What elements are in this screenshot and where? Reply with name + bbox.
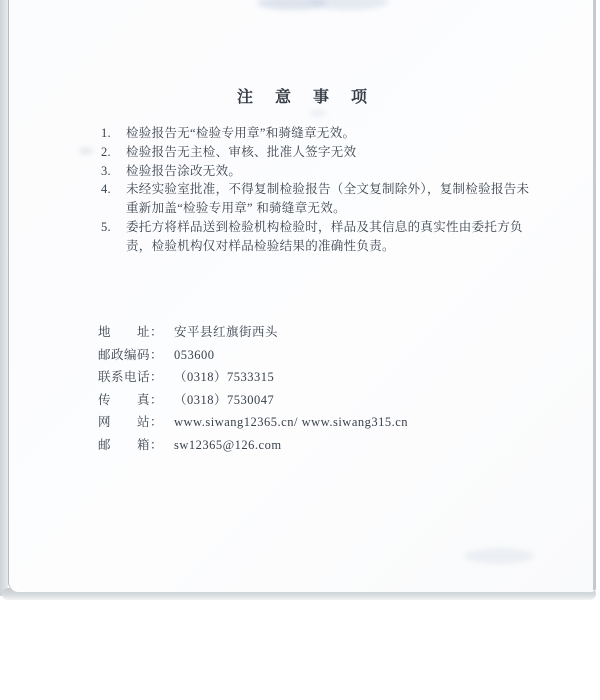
contact-row-address: 地 址： 安平县红旗街西头 [98, 321, 558, 344]
contact-label: 邮政编码： [98, 344, 174, 367]
list-item-text: 检验报告涂改无效。 [126, 162, 535, 181]
contact-label: 传 真： [98, 389, 174, 412]
scan-smudge [309, 110, 327, 116]
notes-list: 1. 检验报告无“检验专用章”和骑缝章无效。 2. 检验报告无主检、审核、批准人… [101, 124, 535, 256]
contact-value: （0318）7533315 [174, 366, 558, 389]
contact-value: www.siwang12365.cn/ www.siwang315.cn [174, 411, 558, 434]
contact-value: （0318）7530047 [174, 389, 558, 412]
contact-row-email: 邮 箱： sw12365@126.com [98, 434, 558, 457]
list-item-number: 4. [101, 180, 126, 218]
contact-value: 053600 [174, 344, 558, 367]
scan-smudge [79, 148, 93, 154]
scan-smudge [464, 548, 534, 564]
list-item: 2. 检验报告无主检、审核、批准人签字无效 [101, 143, 535, 162]
contact-row-fax: 传 真： （0318）7530047 [98, 389, 558, 412]
contact-row-phone: 联系电话： （0318）7533315 [98, 366, 558, 389]
contact-row-website: 网 站： www.siwang12365.cn/ www.siwang315.c… [98, 411, 558, 434]
contact-value: sw12365@126.com [174, 434, 558, 457]
list-item-text: 检验报告无“检验专用章”和骑缝章无效。 [126, 124, 535, 143]
list-item: 5. 委托方将样品送到检验机构检验时，样品及其信息的真实性由委托方负责，检验机构… [101, 218, 535, 256]
contact-value: 安平县红旗街西头 [174, 321, 558, 344]
contact-label: 邮 箱： [98, 434, 174, 457]
scan-smudge [309, 0, 389, 10]
contact-block: 地 址： 安平县红旗街西头 邮政编码： 053600 联系电话： （0318）7… [98, 321, 558, 456]
list-item-text: 检验报告无主检、审核、批准人签字无效 [126, 143, 535, 162]
contact-row-postcode: 邮政编码： 053600 [98, 344, 558, 367]
list-item-text: 委托方将样品送到检验机构检验时，样品及其信息的真实性由委托方负责，检验机构仅对样… [126, 218, 535, 256]
contact-label: 联系电话： [98, 366, 174, 389]
contact-label: 地 址： [98, 321, 174, 344]
list-item-number: 2. [101, 143, 126, 162]
list-item-number: 1. [101, 124, 126, 143]
list-item: 4. 未经实验室批准，不得复制检验报告（全文复制除外），复制检验报告未重新加盖“… [101, 180, 535, 218]
list-item-number: 3. [101, 162, 126, 181]
scan-page: 注 意 事 项 1. 检验报告无“检验专用章”和骑缝章无效。 2. 检验报告无主… [8, 0, 596, 592]
list-item: 1. 检验报告无“检验专用章”和骑缝章无效。 [101, 124, 535, 143]
list-item-number: 5. [101, 218, 126, 256]
scan-right-edge [593, 0, 595, 590]
page-title: 注 意 事 项 [9, 84, 595, 107]
contact-label: 网 站： [98, 411, 174, 434]
list-item-text: 未经实验室批准，不得复制检验报告（全文复制除外），复制检验报告未重新加盖“检验专… [126, 180, 535, 218]
list-item: 3. 检验报告涂改无效。 [101, 162, 535, 181]
scan-left-shadow [0, 0, 8, 596]
